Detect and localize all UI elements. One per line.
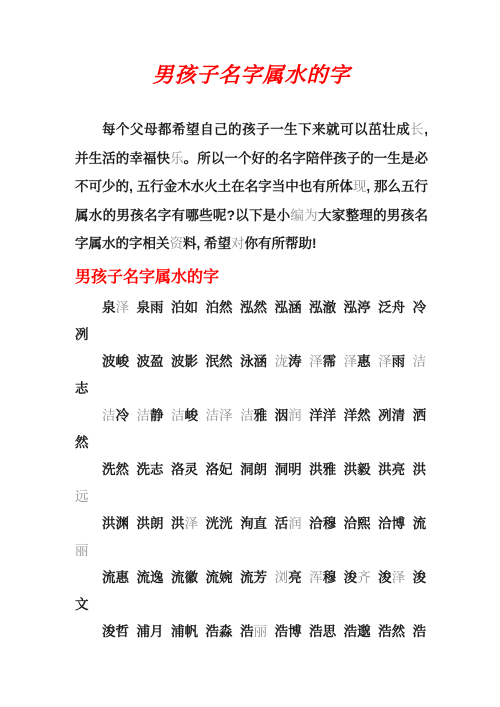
name: 浏亮 bbox=[275, 570, 302, 585]
name-char: 泽 bbox=[378, 354, 392, 369]
name: 洪亮 bbox=[378, 462, 405, 477]
name-row: 洗然 洗志 洛灵 洛妃 洞朗 洞明 洪雅 洪毅 洪亮 洪远 bbox=[75, 456, 428, 510]
name-row: 泉泽 泉雨 泊如 泊然 泓然 泓涵 泓澈 泓渟 泛舟 冷冽 bbox=[75, 294, 428, 348]
name: 洇润 bbox=[275, 408, 302, 423]
name-row: 流惠 流逸 流徽 流婉 流芳 浏亮 浑穆 浚齐 浚泽 浚文 bbox=[75, 564, 428, 618]
name-char: 泯然 bbox=[206, 354, 233, 369]
name-char: 浩 bbox=[413, 624, 427, 639]
name-char: 洞朗 bbox=[240, 462, 267, 477]
name-char: 泽 bbox=[185, 516, 199, 531]
name-char: 浩然 bbox=[378, 624, 405, 639]
name: 洸洸 bbox=[206, 516, 233, 531]
name: 洪雅 bbox=[309, 462, 336, 477]
name-char: 志 bbox=[75, 381, 89, 396]
name: 洞朗 bbox=[240, 462, 267, 477]
name-char: 霈 bbox=[323, 354, 337, 369]
name-char: 齐 bbox=[357, 570, 371, 585]
name: 冽清 bbox=[378, 408, 405, 423]
name-char: 泊然 bbox=[206, 300, 233, 315]
intro-segment: 现 bbox=[353, 179, 367, 194]
name: 洪朗 bbox=[137, 516, 164, 531]
name-char: 泓澈 bbox=[309, 300, 336, 315]
name: 浩然 bbox=[378, 624, 405, 639]
name-char: 洽熙 bbox=[344, 516, 371, 531]
name-char: 洋洋 bbox=[309, 408, 336, 423]
name-char: 雅 bbox=[254, 408, 268, 423]
name: 泽霈 bbox=[309, 354, 336, 369]
name-char: 波影 bbox=[171, 354, 198, 369]
name-char: 波盈 bbox=[137, 354, 164, 369]
name-row: 洪渊 洪朗 洪泽 洸洸 洵直 活润 洽穆 洽熙 洽博 流丽 bbox=[75, 510, 428, 564]
name-char: 浩 bbox=[240, 624, 254, 639]
names-list: 泉泽 泉雨 泊如 泊然 泓然 泓涵 泓澈 泓渟 泛舟 冷冽波峻 波盈 波影 泯然… bbox=[75, 294, 428, 645]
name: 泷涛 bbox=[275, 354, 302, 369]
name-char: 泓渟 bbox=[344, 300, 371, 315]
name-char: 润 bbox=[288, 408, 302, 423]
name-char: 洁泽 bbox=[206, 408, 233, 423]
intro-segment: 长 bbox=[410, 122, 424, 137]
name-char: 涛 bbox=[288, 354, 302, 369]
name: 泉泽 bbox=[102, 300, 129, 315]
name-char: 泽 bbox=[116, 300, 130, 315]
name-char: 浦月 bbox=[137, 624, 164, 639]
name-char: 洞明 bbox=[275, 462, 302, 477]
name: 活润 bbox=[275, 516, 302, 531]
name-char: 浩邈 bbox=[344, 624, 371, 639]
name-char: 远 bbox=[75, 489, 89, 504]
name-char: 穆 bbox=[323, 570, 337, 585]
name: 泯然 bbox=[206, 354, 233, 369]
name-char: 洗然 bbox=[102, 462, 129, 477]
intro-segment: 你有所帮助! bbox=[245, 236, 317, 251]
name-char: 洸洸 bbox=[206, 516, 233, 531]
name-char: 洽穆 bbox=[309, 516, 336, 531]
name-char: 洁 bbox=[137, 408, 151, 423]
name-char: 浩淼 bbox=[206, 624, 233, 639]
name-char: 丽 bbox=[75, 543, 89, 558]
name-char: 静 bbox=[150, 408, 164, 423]
name: 洵直 bbox=[240, 516, 267, 531]
name-row: 洁冷 洁静 洁峻 洁泽 洁雅 洇润 洋洋 洋然 冽清 洒然 bbox=[75, 402, 428, 456]
name-char: 流 bbox=[413, 516, 427, 531]
name: 洁泽 bbox=[206, 408, 233, 423]
name-char: 润 bbox=[288, 516, 302, 531]
name: 洁峻 bbox=[171, 408, 198, 423]
name-char: 浚 bbox=[378, 570, 392, 585]
name: 洛妃 bbox=[206, 462, 233, 477]
document-page: 男孩子名字属水的字 每个父母都希望自己的孩子一生下来就可以茁壮成长, 并生活的幸… bbox=[0, 0, 500, 707]
name-char: 泉 bbox=[102, 300, 116, 315]
intro-segment: 资 bbox=[170, 236, 184, 251]
name: 泉雨 bbox=[137, 300, 164, 315]
intro-paragraph: 每个父母都希望自己的孩子一生下来就可以茁壮成长, 并生活的幸福快乐。所以一个好的… bbox=[75, 116, 428, 259]
intro-segment: 编为 bbox=[290, 208, 318, 223]
name: 泊如 bbox=[171, 300, 198, 315]
name: 浦帆 bbox=[171, 624, 198, 639]
name-char: 流逸 bbox=[137, 570, 164, 585]
name: 洪毅 bbox=[344, 462, 371, 477]
name-char: 泽 bbox=[344, 354, 358, 369]
section-heading: 男孩子名字属水的字 bbox=[75, 267, 428, 289]
name: 流徽 bbox=[171, 570, 198, 585]
name-char: 洗志 bbox=[137, 462, 164, 477]
name: 泊然 bbox=[206, 300, 233, 315]
name-char: 浦帆 bbox=[171, 624, 198, 639]
name: 泓涵 bbox=[275, 300, 302, 315]
name-char: 洪朗 bbox=[137, 516, 164, 531]
name-char: 泽 bbox=[309, 354, 323, 369]
name: 波影 bbox=[171, 354, 198, 369]
name-char: 泛舟 bbox=[378, 300, 405, 315]
name: 洞明 bbox=[275, 462, 302, 477]
name: 泽惠 bbox=[344, 354, 371, 369]
name-char: 洪毅 bbox=[344, 462, 371, 477]
name: 浚泽 bbox=[378, 570, 405, 585]
name-char: 泓涵 bbox=[275, 300, 302, 315]
name-char: 泊如 bbox=[171, 300, 198, 315]
name-char: 波峻 bbox=[102, 354, 129, 369]
name-char: 洁 bbox=[413, 354, 427, 369]
name: 泽雨 bbox=[378, 354, 405, 369]
name: 波峻 bbox=[102, 354, 129, 369]
name-char: 亮 bbox=[288, 570, 302, 585]
name: 浩邈 bbox=[344, 624, 371, 639]
intro-segment: 每个父母都希望自己的孩子一生下来就可以茁壮成 bbox=[102, 122, 410, 137]
name: 浩淼 bbox=[206, 624, 233, 639]
name-char: 洛妃 bbox=[206, 462, 233, 477]
name-char: 峻 bbox=[185, 408, 199, 423]
name: 浚哲 bbox=[102, 624, 129, 639]
name: 浩 bbox=[413, 624, 427, 639]
name-char: 惠 bbox=[357, 354, 371, 369]
name: 浑穆 bbox=[309, 570, 336, 585]
name-char: 洪渊 bbox=[102, 516, 129, 531]
name: 流惠 bbox=[102, 570, 129, 585]
name-char: 浑 bbox=[309, 570, 323, 585]
name-char: 洁 bbox=[171, 408, 185, 423]
name: 洁雅 bbox=[240, 408, 267, 423]
name-char: 浏 bbox=[275, 570, 289, 585]
name-char: 洇 bbox=[275, 408, 289, 423]
document-title: 男孩子名字属水的字 bbox=[75, 60, 428, 90]
name: 洽穆 bbox=[309, 516, 336, 531]
name: 浩博 bbox=[275, 624, 302, 639]
name: 洁冷 bbox=[102, 408, 129, 423]
name-char: 流芳 bbox=[240, 570, 267, 585]
name: 泓渟 bbox=[344, 300, 371, 315]
name-char: 冷 bbox=[116, 408, 130, 423]
name-char: 泳涵 bbox=[240, 354, 267, 369]
name-char: 洪 bbox=[171, 516, 185, 531]
name-char: 泉雨 bbox=[137, 300, 164, 315]
name: 泓然 bbox=[240, 300, 267, 315]
name-char: 浩思 bbox=[309, 624, 336, 639]
intro-segment: 对 bbox=[231, 236, 245, 251]
name: 浦月 bbox=[137, 624, 164, 639]
name-char: 流惠 bbox=[102, 570, 129, 585]
name-char: 流徽 bbox=[171, 570, 198, 585]
name: 洪渊 bbox=[102, 516, 129, 531]
name-char: 流婉 bbox=[206, 570, 233, 585]
name: 洽博 bbox=[378, 516, 405, 531]
name-char: 泓然 bbox=[240, 300, 267, 315]
name-char: 冽清 bbox=[378, 408, 405, 423]
name-char: 洪亮 bbox=[378, 462, 405, 477]
name-char: 浩博 bbox=[275, 624, 302, 639]
name: 洁静 bbox=[137, 408, 164, 423]
name: 流芳 bbox=[240, 570, 267, 585]
name-char: 雨 bbox=[392, 354, 406, 369]
name: 流逸 bbox=[137, 570, 164, 585]
name: 浩丽 bbox=[240, 624, 267, 639]
name: 洛灵 bbox=[171, 462, 198, 477]
name: 浚齐 bbox=[344, 570, 371, 585]
name: 波盈 bbox=[137, 354, 164, 369]
name: 流婉 bbox=[206, 570, 233, 585]
name: 泓澈 bbox=[309, 300, 336, 315]
name-char: 洋然 bbox=[344, 408, 371, 423]
name: 洽熙 bbox=[344, 516, 371, 531]
name-row: 浚哲 浦月 浦帆 浩淼 浩丽 浩博 浩思 浩邈 浩然 浩 bbox=[75, 618, 428, 645]
name: 洗然 bbox=[102, 462, 129, 477]
name: 洪泽 bbox=[171, 516, 198, 531]
name-char: 活 bbox=[275, 516, 289, 531]
name: 洋然 bbox=[344, 408, 371, 423]
name-row: 波峻 波盈 波影 泯然 泳涵 泷涛 泽霈 泽惠 泽雨 洁志 bbox=[75, 348, 428, 402]
intro-segment: 乐 bbox=[170, 151, 184, 166]
name: 洋洋 bbox=[309, 408, 336, 423]
name-char: 丽 bbox=[254, 624, 268, 639]
intro-segment: 料, 希望 bbox=[183, 236, 231, 251]
name-char: 浚 bbox=[344, 570, 358, 585]
name: 浩思 bbox=[309, 624, 336, 639]
name: 洗志 bbox=[137, 462, 164, 477]
name: 泛舟 bbox=[378, 300, 405, 315]
name-char: 洵直 bbox=[240, 516, 267, 531]
name: 泳涵 bbox=[240, 354, 267, 369]
name-char: 洁 bbox=[102, 408, 116, 423]
name-char: 洽博 bbox=[378, 516, 405, 531]
name-char: 洛灵 bbox=[171, 462, 198, 477]
name-char: 洁 bbox=[240, 408, 254, 423]
name-char: 浚哲 bbox=[102, 624, 129, 639]
name-char: 泽 bbox=[392, 570, 406, 585]
name-char: 泷 bbox=[275, 354, 289, 369]
name-char: 洪雅 bbox=[309, 462, 336, 477]
name-char: 洪 bbox=[413, 462, 427, 477]
